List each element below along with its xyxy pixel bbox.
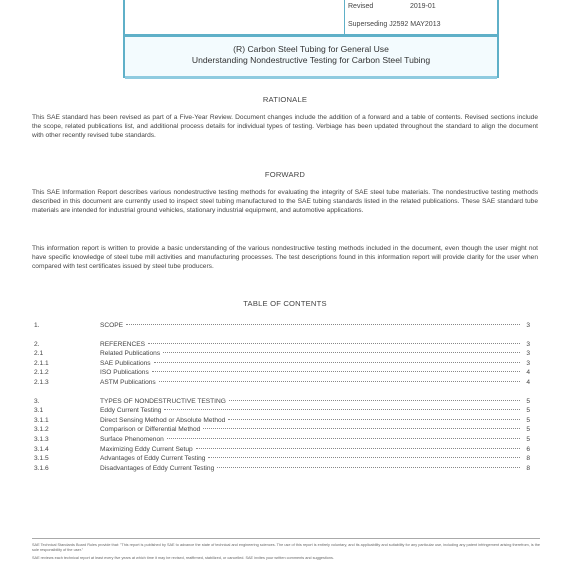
toc-entry-number: 1. [34, 321, 100, 331]
toc-entry-number: 2.1.3 [34, 378, 100, 388]
toc-dot-leader [167, 438, 520, 439]
toc-dot-leader [203, 428, 520, 429]
toc-entry-title: REFERENCES [100, 340, 146, 350]
toc-entry-number: 3.1.1 [34, 416, 100, 426]
table-of-contents: 1.SCOPE32.REFERENCES32.1Related Publicat… [34, 321, 530, 473]
header-divider [344, 0, 345, 34]
toc-entry-page: 8 [522, 464, 530, 474]
toc-entry-number: 3.1.6 [34, 464, 100, 474]
toc-entry[interactable]: 1.SCOPE3 [34, 321, 530, 331]
toc-entry-number: 3.1.4 [34, 445, 100, 455]
footer-rule [32, 538, 540, 539]
toc-entry-title: ASTM Publications [100, 378, 157, 388]
rationale-text: This SAE standard has been revised as pa… [32, 113, 538, 140]
toc-dot-leader [159, 381, 520, 382]
toc-entry-page: 6 [522, 445, 530, 455]
toc-entry[interactable]: 3.1.3Surface Phenomenon5 [34, 435, 530, 445]
title-line-1: (R) Carbon Steel Tubing for General Use [125, 44, 497, 55]
toc-entry-number: 3.1.3 [34, 435, 100, 445]
toc-dot-leader [164, 409, 520, 410]
toc-entry-page: 3 [522, 340, 530, 350]
footer-notice-1: SAE Technical Standards Board Rules prov… [32, 543, 540, 553]
toc-entry-page: 5 [522, 406, 530, 416]
toc-entry-page: 4 [522, 378, 530, 388]
toc-dot-leader [148, 343, 520, 344]
toc-entry-page: 3 [522, 321, 530, 331]
superseding-text: Superseding J2592 MAY2013 [348, 21, 441, 28]
revised-label: Revised [348, 3, 410, 10]
forward-paragraph-2: This information report is written to pr… [32, 244, 538, 271]
toc-dot-leader [217, 467, 520, 468]
toc-entry-title: Eddy Current Testing [100, 406, 162, 416]
toc-entry[interactable]: 3.1.2Comparison or Differential Method5 [34, 425, 530, 435]
forward-paragraph-1: This SAE Information Report describes va… [32, 188, 538, 215]
toc-entry[interactable]: 2.REFERENCES3 [34, 340, 530, 350]
toc-entry-number: 3.1.5 [34, 454, 100, 464]
toc-entry-title: Related Publications [100, 349, 161, 359]
toc-entry-page: 5 [522, 425, 530, 435]
toc-entry[interactable]: 2.1.1SAE Publications3 [34, 359, 530, 369]
toc-entry-page: 3 [522, 349, 530, 359]
toc-entry-number: 2.1.1 [34, 359, 100, 369]
toc-entry[interactable]: 3.1.4Maximizing Eddy Current Setup6 [34, 445, 530, 455]
toc-dot-leader [229, 400, 520, 401]
toc-entry-page: 5 [522, 397, 530, 407]
toc-entry[interactable]: 3.1Eddy Current Testing5 [34, 406, 530, 416]
toc-entry-title: Disadvantages of Eddy Current Testing [100, 464, 215, 474]
toc-entry-number: 2. [34, 340, 100, 350]
title-bottom-band [125, 76, 497, 79]
toc-group-gap [34, 388, 530, 397]
toc-entry-title: SCOPE [100, 321, 124, 331]
toc-dot-leader [152, 371, 520, 372]
toc-heading: TABLE OF CONTENTS [0, 299, 570, 308]
toc-dot-leader [208, 457, 520, 458]
toc-entry-number: 2.1 [34, 349, 100, 359]
forward-heading: FORWARD [0, 170, 570, 179]
toc-entry-number: 3.1.2 [34, 425, 100, 435]
toc-entry[interactable]: 2.1.3ASTM Publications4 [34, 378, 530, 388]
revised-value: 2019-01 [410, 3, 436, 10]
toc-entry[interactable]: 3.TYPES OF NONDESTRUCTIVE TESTING5 [34, 397, 530, 407]
toc-entry-title: Comparison or Differential Method [100, 425, 201, 435]
toc-entry[interactable]: 2.1.2ISO Publications4 [34, 368, 530, 378]
toc-entry-page: 5 [522, 416, 530, 426]
toc-entry-title: Direct Sensing Method or Absolute Method [100, 416, 226, 426]
toc-dot-leader [196, 448, 520, 449]
toc-entry-page: 8 [522, 454, 530, 464]
toc-entry-title: Advantages of Eddy Current Testing [100, 454, 206, 464]
rationale-heading: RATIONALE [0, 95, 570, 104]
toc-entry-title: TYPES OF NONDESTRUCTIVE TESTING [100, 397, 227, 407]
toc-entry-title: SAE Publications [100, 359, 152, 369]
toc-entry-page: 4 [522, 368, 530, 378]
toc-entry-number: 3. [34, 397, 100, 407]
toc-group-gap [34, 331, 530, 340]
document-title-box: (R) Carbon Steel Tubing for General Use … [123, 36, 499, 78]
toc-entry[interactable]: 3.1.1Direct Sensing Method or Absolute M… [34, 416, 530, 426]
document-header-box [123, 0, 499, 36]
toc-entry-title: ISO Publications [100, 368, 150, 378]
toc-entry-title: Maximizing Eddy Current Setup [100, 445, 194, 455]
toc-entry-number: 2.1.2 [34, 368, 100, 378]
toc-dot-leader [163, 352, 520, 353]
footer-notice-2: SAE reviews each technical report at lea… [32, 556, 540, 561]
toc-entry-page: 3 [522, 359, 530, 369]
toc-entry[interactable]: 2.1Related Publications3 [34, 349, 530, 359]
toc-entry[interactable]: 3.1.6Disadvantages of Eddy Current Testi… [34, 464, 530, 474]
title-line-2: Understanding Nondestructive Testing for… [125, 55, 497, 66]
toc-dot-leader [126, 324, 520, 325]
toc-entry[interactable]: 3.1.5Advantages of Eddy Current Testing8 [34, 454, 530, 464]
toc-entry-page: 5 [522, 435, 530, 445]
toc-dot-leader [154, 362, 520, 363]
toc-entry-title: Surface Phenomenon [100, 435, 165, 445]
revised-row: Revised2019-01 [348, 3, 436, 10]
toc-dot-leader [228, 419, 520, 420]
toc-entry-number: 3.1 [34, 406, 100, 416]
